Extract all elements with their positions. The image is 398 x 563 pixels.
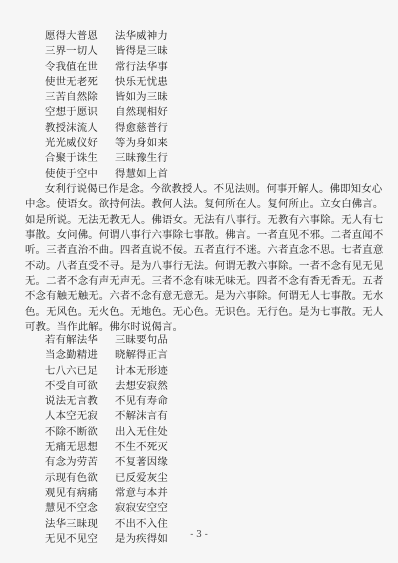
document-page: 愿得大普恩法华威神力 三界一切人皆得是三昧 令我值在世常行法华事 使世无老死快乐… [0,0,398,563]
verse-right: 得慧如上首 [115,167,168,182]
verse-left: 当念勤精进 [45,348,98,363]
verse-right: 法华威神力 [115,29,168,44]
verse-right: 得愈慈普行 [115,121,168,136]
verse-right: 皆如为三昧 [115,90,168,105]
verse-left: 有念为劳苦 [45,455,98,470]
verse-left: 无痛无思想 [45,440,98,455]
verse-left: 空想于愿识 [45,105,98,120]
verse-left: 使世无老死 [45,75,98,90]
verse-right: 已反爱灰尘 [115,471,168,486]
verse-left: 教授沫流人 [45,121,98,136]
verse-left: 光光威仪好 [45,136,98,151]
prose-line: 听。三者直治不曲。四者直说不佞。五者直行不迷。六者直念不思。七者直意 [25,243,367,258]
verse-right: 皆得是三昧 [115,44,168,59]
page-number: - 3 - [0,530,398,540]
verse-left: 令我值在世 [45,60,98,75]
verse-left: 三苦自然除 [45,90,98,105]
verse-left: 慧见不空念 [45,501,98,516]
verse-right: 快乐无忧患 [115,75,168,90]
prose-line: 事散。女问佛。何谓八事行六事除七事散。佛言。一者直见不邪。二者直闻不 [25,228,367,243]
prose-line: 不动。八者直受不寻。是为八事行无法。何谓无教六事除。一者不念有见无见 [25,259,367,274]
verse-right: 三昧要句品 [115,333,168,348]
prose-line: 色。无风色。无火色。无地色。无心色。无识色。无行色。是为七事散。无人 [25,305,367,320]
prose-line: 中念。使语女。欲持何法。教何人法。复何所在人。复何所止。立女白佛言。 [25,197,367,212]
verse-left: 不除不断欲 [45,425,98,440]
verse-right: 晓解得正言 [115,348,168,363]
verse-left: 若有解法华 [45,333,98,348]
verse-left: 观见有病痛 [45,486,98,501]
prose-paragraph: 女利行说偈已作是念。今欲教授人。不见法则。何事开解人。佛即知女心 中念。使语女。… [25,182,367,335]
verse-right: 不见有寿命 [115,394,168,409]
verse-left: 使使于空中 [45,167,98,182]
verse-left: 人本空无寂 [45,409,98,424]
verse-right: 三昧豫生行 [115,151,168,166]
verse-right: 不生不死灭 [115,440,168,455]
verse-left: 不受自可欲 [45,379,98,394]
verse-right: 不解沫言有 [115,409,168,424]
prose-line: 女利行说偈已作是念。今欲教授人。不见法则。何事开解人。佛即知女心 [25,182,367,197]
verse-left: 合聚于诛生 [45,151,98,166]
verse-right: 等为身如来 [115,136,168,151]
verse-left: 示现有色欲 [45,471,98,486]
verse-right: 自然现相好 [115,105,168,120]
verse-right: 常意与本并 [115,486,168,501]
verse-right: 去想安寂然 [115,379,168,394]
verse-right: 计本无形迹 [115,364,168,379]
verse-right: 常行法华事 [115,60,168,75]
verse-left: 说法无言教 [45,394,98,409]
verse-right: 不复著因缘 [115,455,168,470]
verse-right: 出入无住处 [115,425,168,440]
prose-line: 不念有触无触无。六者不念有意无意无。是为六事除。何谓无人七事散。无水 [25,289,367,304]
prose-line: 如是所说。无法无教无人。佛语女。无法有八事行。无教有六事除。无人有七 [25,213,367,228]
verse-left: 三界一切人 [45,44,98,59]
verse-left: 愿得大普恩 [45,29,98,44]
prose-line: 无。二者不念有声无声无。三者不念有味无味无。四者不念有香无香无。五者 [25,274,367,289]
verse-right: 寂寂安空空 [115,501,168,516]
verse-left: 七八六已足 [45,364,98,379]
